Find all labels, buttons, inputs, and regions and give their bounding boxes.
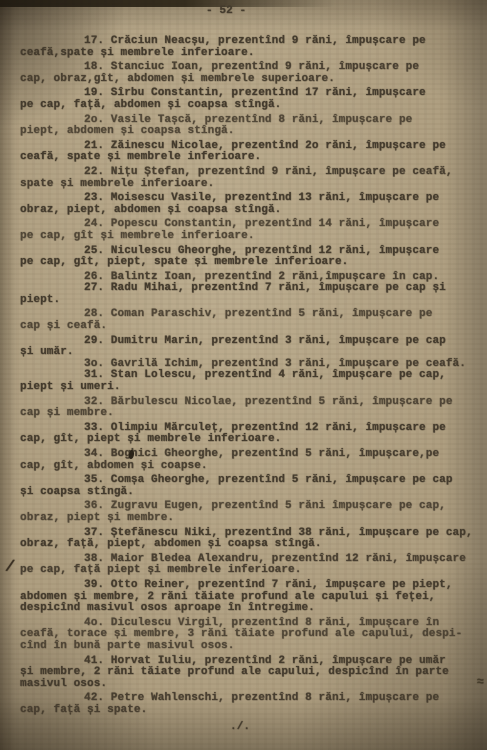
entry-line: obraz, față, piept, abdomen și coapsa st…	[0, 539, 487, 551]
entry-line: masivul osos.	[0, 679, 487, 691]
photo-edge-artifact	[0, 0, 335, 7]
entry-31: 31. Stan Lolescu, prezentînd 4 răni, împ…	[0, 370, 487, 393]
entry-line: spate și membrele inferioare.	[0, 179, 487, 191]
entry-24: 24. Popescu Constantin, prezentînd 14 ră…	[0, 219, 487, 242]
entry-line: ceafă, spate și membrele inferioare.	[0, 152, 487, 164]
entry-line: ceafă,spate și membrele inferioare.	[0, 48, 487, 60]
entry-17: 17. Crăciun Neacșu, prezentînd 9 răni, î…	[0, 36, 487, 59]
continuation-mark: ./.	[230, 722, 250, 734]
entry-line: 23. Moisescu Vasile, prezentînd 13 răni,…	[0, 193, 487, 205]
entry-line: pe cap, față piept și membrele inferioar…	[0, 565, 487, 577]
entry-line: cap, obraz,gît, abdomen și membrele supe…	[0, 74, 487, 86]
entry-27: 27. Radu Mihai, prezentînd 7 răni, împuș…	[0, 283, 487, 306]
page-number: - 52 -	[206, 6, 246, 18]
entry-line: 34. Boghici Gheorghe, prezentînd 5 răni,…	[0, 449, 487, 461]
entry-28: 28. Coman Paraschiv, prezentînd 5 răni, …	[0, 309, 487, 332]
entry-line: și coapsa stîngă.	[0, 487, 487, 499]
entry-line: 39. Otto Reiner, prezentînd 7 răni, împu…	[0, 580, 487, 592]
entry-35: 35. Comșa Gheorghe, prezentînd 5 răni, î…	[0, 475, 487, 498]
entry-line: despicînd masivul osos aproape în întreg…	[0, 603, 487, 615]
entry-20: 2o. Vasile Tașcă, prezentînd 8 răni, împ…	[0, 115, 487, 138]
entry-line: 27. Radu Mihai, prezentînd 7 răni, împuș…	[0, 283, 487, 295]
entry-29: 29. Dumitru Marin, prezentînd 3 răni, îm…	[0, 336, 487, 359]
entry-18: 18. Stanciuc Ioan, prezentînd 9 răni, îm…	[0, 62, 487, 85]
entry-line: cap, gît, abdomen și coapse.	[0, 461, 487, 473]
entry-34: 34. Boghici Gheorghe, prezentînd 5 răni,…	[0, 449, 487, 472]
victim-list: 17. Crăciun Neacșu, prezentînd 9 răni, î…	[0, 33, 487, 716]
entry-39: 39. Otto Reiner, prezentînd 7 răni, împu…	[0, 580, 487, 615]
entry-38: 38. Maior Bledea Alexandru, prezentînd 1…	[0, 554, 487, 577]
entry-line: 22. Nițu Ștefan, prezentînd 9 răni, împu…	[0, 167, 487, 179]
entry-32: 32. Bărbulescu Nicolae, prezentînd 5 răn…	[0, 397, 487, 420]
entry-37: 37. Ștefănescu Niki, prezentînd 38 răni,…	[0, 528, 487, 551]
entry-40: 4o. Diculescu Virgil, prezentînd 8 răni,…	[0, 618, 487, 653]
entry-line: obraz, piept și membre.	[0, 513, 487, 525]
entry-line: piept și umeri.	[0, 382, 487, 394]
entry-21: 21. Zăinescu Nicolae, prezentînd 2o răni…	[0, 141, 487, 164]
entry-line: și membre, 2 răni tăiate profund ale cap…	[0, 667, 487, 679]
entry-23: 23. Moisescu Vasile, prezentînd 13 răni,…	[0, 193, 487, 216]
entry-22: 22. Nițu Ștefan, prezentînd 9 răni, împu…	[0, 167, 487, 190]
entry-36: 36. Zugravu Eugen, prezentînd 5 răni împ…	[0, 501, 487, 524]
scanned-document-page: - 52 - 17. Crăciun Neacșu, prezentînd 9 …	[0, 0, 487, 750]
entry-line: pe cap, gît, piept, spate și membrele in…	[0, 257, 487, 269]
entry-line: obraz, piept, abdomen și coapsa stîngă.	[0, 205, 487, 217]
entry-line: cap și ceafă.	[0, 321, 487, 333]
entry-line: cap și membre.	[0, 408, 487, 420]
entry-line: pe cap, față, abdomen și coapsa stîngă.	[0, 100, 487, 112]
entry-line: cap, față și spate.	[0, 705, 487, 717]
entry-line: 17. Crăciun Neacșu, prezentînd 9 răni, î…	[0, 36, 487, 48]
entry-line: piept.	[0, 295, 487, 307]
entry-line: cap, gît, piept și membrele inferioare.	[0, 434, 487, 446]
entry-41: 41. Horvat Iuliu, prezentînd 2 răni, împ…	[0, 656, 487, 691]
entry-19: 19. Sîrbu Constantin, prezentînd 17 răni…	[0, 88, 487, 111]
entry-42: 42. Petre Wahlenschi, prezentînd 8 răni,…	[0, 693, 487, 716]
entry-line: pe cap, gît și membrele inferioare.	[0, 231, 487, 243]
entry-line: cînd în bună parte masivul osos.	[0, 641, 487, 653]
entry-33: 33. Olimpiu Mărculeț, prezentînd 12 răni…	[0, 423, 487, 446]
entry-25: 25. Niculescu Gheorghe, prezentînd 12 ră…	[0, 246, 487, 269]
entry-line: piept, abdomen și coapsa stîngă.	[0, 126, 487, 138]
